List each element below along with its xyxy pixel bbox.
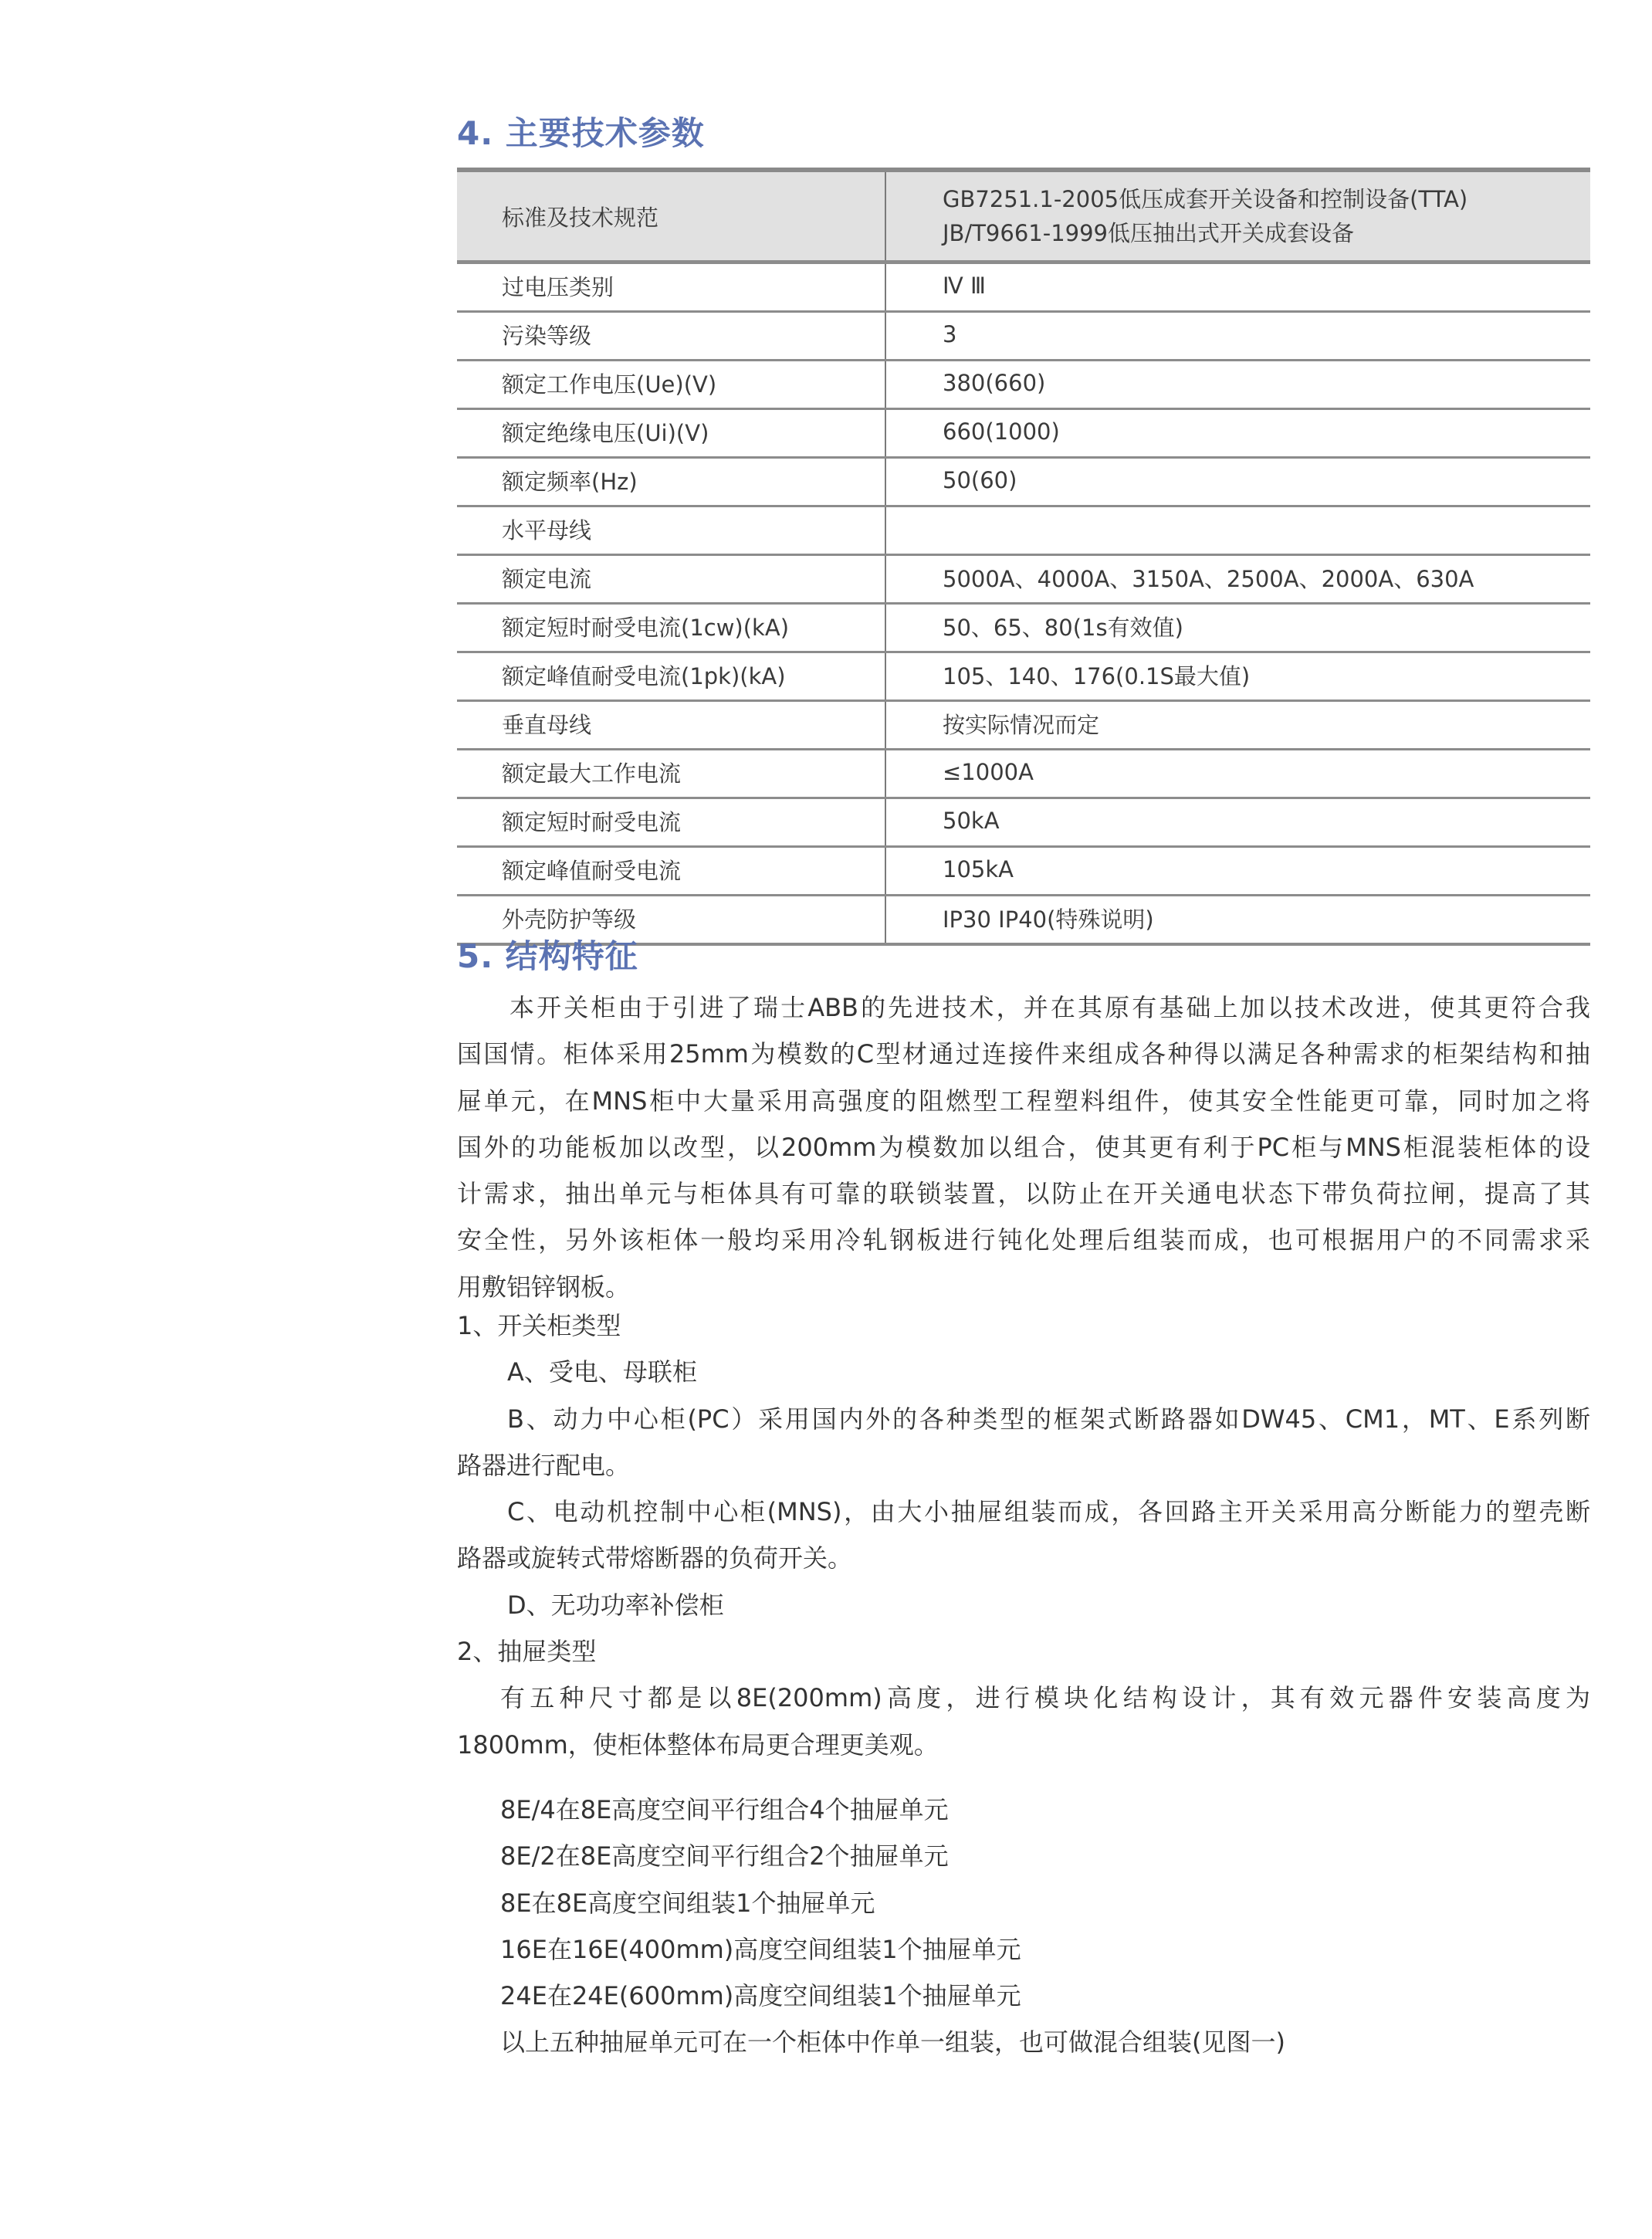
table-row: 垂直母线 按实际情况而定 (457, 701, 1590, 750)
paragraph-line: 国外的功能板加以改型，以200mm为模数加以组合，使其更有利于PC柜与MNS柜混… (457, 1124, 1590, 1170)
cabinet-type-item-c: C、电动机控制中心柜(MNS)，由大小抽屉组装而成，各回路主开关采用高分断能力的… (457, 1489, 1590, 1535)
param-cell: 垂直母线 (457, 701, 885, 750)
value-cell: Ⅳ Ⅲ (885, 263, 1590, 312)
technical-parameters-table: 标准及技术规范 GB7251.1-2005低压成套开关设备和控制设备(TTA) … (457, 168, 1590, 946)
param-cell: 额定短时耐受电流(1cw)(kA) (457, 604, 885, 652)
paragraph-line: 本开关柜由于引进了瑞士ABB的先进技术，并在其原有基础上加以技术改进，使其更符合… (457, 984, 1590, 1031)
param-cell: 额定峰值耐受电流(1pk)(kA) (457, 652, 885, 701)
value-cell: 105kA (885, 847, 1590, 896)
header-value-cell: GB7251.1-2005低压成套开关设备和控制设备(TTA) JB/T9661… (885, 170, 1590, 263)
cabinet-type-item-d: D、无功功率补偿柜 (457, 1582, 1590, 1628)
value-cell: 5000A、4000A、3150A、2500A、2000A、630A (885, 555, 1590, 604)
header-param-cell: 标准及技术规范 (457, 170, 885, 263)
table-row: 额定短时耐受电流(1cw)(kA) 50、65、80(1s有效值) (457, 604, 1590, 652)
value-cell: 按实际情况而定 (885, 701, 1590, 750)
drawer-item: 8E/2在8E高度空间平行组合2个抽屉单元 (457, 1833, 1590, 1879)
value-cell: 660(1000) (885, 409, 1590, 458)
drawer-types-title: 2、抽屉类型 (457, 1628, 1590, 1675)
value-cell: ≤1000A (885, 750, 1590, 798)
table-row: 额定最大工作电流 ≤1000A (457, 750, 1590, 798)
structure-paragraph: 本开关柜由于引进了瑞士ABB的先进技术，并在其原有基础上加以技术改进，使其更符合… (457, 984, 1590, 1310)
cabinet-type-item-a: A、受电、母联柜 (457, 1349, 1590, 1395)
value-cell (885, 506, 1590, 555)
cabinet-type-item-c-cont: 路器或旋转式带熔断器的负荷开关。 (457, 1535, 1590, 1581)
table-row: 污染等级 3 (457, 312, 1590, 361)
value-cell: 3 (885, 312, 1590, 361)
table-row: 额定短时耐受电流 50kA (457, 798, 1590, 847)
value-cell: IP30 IP40(特殊说明) (885, 896, 1590, 945)
table-row: 额定工作电压(Ue)(V) 380(660) (457, 361, 1590, 409)
value-cell: 50(60) (885, 458, 1590, 506)
value-cell: 105、140、176(0.1S最大值) (885, 652, 1590, 701)
param-cell: 额定频率(Hz) (457, 458, 885, 506)
param-cell: 污染等级 (457, 312, 885, 361)
section-5-heading: 5. 结构特征 (457, 937, 638, 976)
param-cell: 额定最大工作电流 (457, 750, 885, 798)
param-cell: 额定短时耐受电流 (457, 798, 885, 847)
drawer-summary: 以上五种抽屉单元可在一个柜体中作单一组装，也可做混合组装(见图一) (457, 2019, 1590, 2065)
cabinet-types-title: 1、开关柜类型 (457, 1302, 1590, 1349)
drawer-types-list: 8E/4在8E高度空间平行组合4个抽屉单元 8E/2在8E高度空间平行组合2个抽… (457, 1787, 1590, 2066)
drawer-item: 16E在16E(400mm)高度空间组装1个抽屉单元 (457, 1926, 1590, 1973)
standard-line-2: JB/T9661-1999低压抽出式开关成套设备 (943, 216, 1590, 250)
cabinet-type-item-b: B、动力中心柜(PC）采用国内外的各种类型的框架式断路器如DW45、CM1，MT… (457, 1396, 1590, 1442)
drawer-item: 8E/4在8E高度空间平行组合4个抽屉单元 (457, 1787, 1590, 1833)
table-row: 额定电流 5000A、4000A、3150A、2500A、2000A、630A (457, 555, 1590, 604)
param-cell: 额定工作电压(Ue)(V) (457, 361, 885, 409)
section-4-heading: 4. 主要技术参数 (457, 114, 705, 153)
param-cell: 水平母线 (457, 506, 885, 555)
standard-line-1: GB7251.1-2005低压成套开关设备和控制设备(TTA) (943, 182, 1590, 216)
table-row: 过电压类别 Ⅳ Ⅲ (457, 263, 1590, 312)
cabinet-type-item-b-cont: 路器进行配电。 (457, 1442, 1590, 1489)
drawer-item: 8E在8E高度空间组装1个抽屉单元 (457, 1880, 1590, 1926)
table-row: 水平母线 (457, 506, 1590, 555)
param-cell: 过电压类别 (457, 263, 885, 312)
cabinet-types-list: 1、开关柜类型 A、受电、母联柜 B、动力中心柜(PC）采用国内外的各种类型的框… (457, 1302, 1590, 1768)
value-cell: 50kA (885, 798, 1590, 847)
drawer-intro-line: 1800mm，使柜体整体布局更合理更美观。 (457, 1722, 1590, 1768)
table-row: 额定峰值耐受电流 105kA (457, 847, 1590, 896)
drawer-item: 24E在24E(600mm)高度空间组装1个抽屉单元 (457, 1973, 1590, 2019)
table-row: 额定峰值耐受电流(1pk)(kA) 105、140、176(0.1S最大值) (457, 652, 1590, 701)
value-cell: 380(660) (885, 361, 1590, 409)
table-row: 额定绝缘电压(Ui)(V) 660(1000) (457, 409, 1590, 458)
param-cell: 额定峰值耐受电流 (457, 847, 885, 896)
paragraph-line: 屉单元，在MNS柜中大量采用高强度的阻燃型工程塑料组件，使其安全性能更可靠，同时… (457, 1078, 1590, 1124)
table-header-row: 标准及技术规范 GB7251.1-2005低压成套开关设备和控制设备(TTA) … (457, 170, 1590, 263)
paragraph-line: 计需求，抽出单元与柜体具有可靠的联锁装置，以防止在开关通电状态下带负荷拉闸，提高… (457, 1170, 1590, 1217)
table-row: 额定频率(Hz) 50(60) (457, 458, 1590, 506)
drawer-intro-line: 有五种尺寸都是以8E(200mm)高度，进行模块化结构设计，其有效元器件安装高度… (457, 1675, 1590, 1721)
value-cell: 50、65、80(1s有效值) (885, 604, 1590, 652)
param-cell: 额定绝缘电压(Ui)(V) (457, 409, 885, 458)
param-cell: 额定电流 (457, 555, 885, 604)
paragraph-line: 安全性，另外该柜体一般均采用冷轧钢板进行钝化处理后组装而成，也可根据用户的不同需… (457, 1217, 1590, 1263)
paragraph-line: 国国情。柜体采用25mm为模数的C型材通过连接件来组成各种得以满足各种需求的柜架… (457, 1031, 1590, 1077)
